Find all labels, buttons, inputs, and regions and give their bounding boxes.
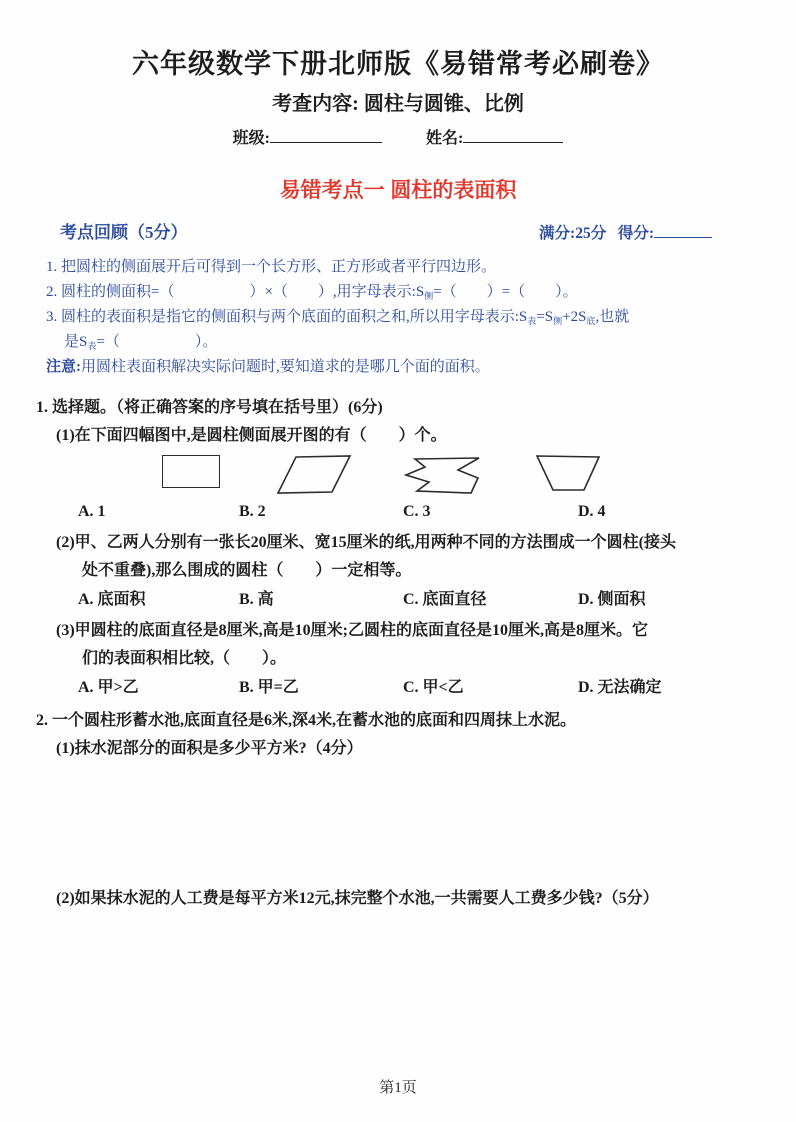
question-1-3-continuation: 们的表面积相比较,（ ）。: [0, 645, 796, 673]
question-1-2-continuation: 处不重叠),那么围成的圆柱（ ）一定相等。: [0, 557, 796, 585]
subscript-ce: 侧: [424, 291, 433, 301]
name-label: 姓名:: [426, 130, 463, 147]
figure-row: [0, 453, 796, 497]
option-b: B. 高: [239, 587, 403, 613]
score-area: 满分:25分 得分:: [539, 221, 712, 243]
class-field: 班级:: [233, 130, 382, 147]
option-c: C. 3: [403, 499, 578, 525]
option-c: C. 甲<乙: [403, 675, 578, 701]
review-item-2-text: 2. 圆柱的侧面积=（ ）×（ ）,用字母表示:S: [46, 284, 424, 300]
page-title: 六年级数学下册北师版《易错常考必刷卷》: [0, 46, 796, 82]
question-1-stem: 1. 选择题。（将正确答案的序号填在括号里）(6分): [0, 394, 796, 422]
review-item-1: 1. 把圆柱的侧面展开后可得到一个长方形、正方形或者平行四边形。: [46, 255, 756, 280]
note-text: 用圆柱表面积解决实际问题时,要知道求的是哪几个面的面积。: [81, 359, 490, 375]
question-1-2-stem: (2)甲、乙两人分别有一张长20厘米、宽15厘米的纸,用两种不同的方法围成一个圆…: [0, 529, 796, 557]
worksheet-page: 六年级数学下册北师版《易错常考必刷卷》 考查内容: 圆柱与圆锥、比例 班级: 姓…: [0, 0, 796, 1122]
student-id-line: 班级: 姓名:: [0, 126, 796, 152]
option-b: B. 2: [239, 499, 403, 525]
option-d: D. 侧面积: [578, 587, 796, 613]
question-1-3-options: A. 甲>乙 B. 甲=乙 C. 甲<乙 D. 无法确定: [0, 675, 796, 701]
review-item-3-text4: ,也就: [595, 309, 629, 325]
trapezoid-figure: [536, 455, 601, 492]
subscript-biao: 表: [527, 316, 536, 326]
review-item-3-continuation: 是S表=（ ）。: [46, 330, 756, 355]
questions-area: 1. 选择题。（将正确答案的序号填在括号里）(6分) (1)在下面四幅图中,是圆…: [0, 394, 796, 913]
class-label: 班级:: [233, 130, 270, 147]
question-2-stem: 2. 一个圆柱形蓄水池,底面直径是6米,深4米,在蓄水池的底面和四周抹上水泥。: [0, 707, 796, 735]
name-blank-line: [463, 128, 563, 143]
name-field: 姓名:: [426, 130, 563, 147]
review-item-2: 2. 圆柱的侧面积=（ ）×（ ）,用字母表示:S侧=（ ）=（ ）。: [46, 280, 756, 305]
review-item-3-text: 3. 圆柱的表面积是指它的侧面积与两个底面的面积之和,所以用字母表示:S: [46, 309, 527, 325]
rectangle-figure: [162, 455, 220, 488]
review-item-3b-text: 是S: [64, 334, 87, 350]
subscript-biao: 表: [87, 341, 96, 351]
parallelogram-figure: [277, 455, 352, 494]
question-2-2-stem: (2)如果抹水泥的人工费是每平方米12元,抹完整个水池,一共需要人工费多少钱?（…: [0, 885, 796, 913]
review-list: 1. 把圆柱的侧面展开后可得到一个长方形、正方形或者平行四边形。 2. 圆柱的侧…: [0, 255, 796, 380]
question-1-2-options: A. 底面积 B. 高 C. 底面直径 D. 侧面积: [0, 587, 796, 613]
review-item-3: 3. 圆柱的表面积是指它的侧面积与两个底面的面积之和,所以用字母表示:S表=S侧…: [46, 305, 756, 330]
score-label: 得分:: [618, 225, 654, 242]
review-item-3b-text2: =（ ）。: [96, 334, 217, 350]
option-d: D. 4: [578, 499, 796, 525]
option-a: A. 1: [78, 499, 239, 525]
question-2-1-stem: (1)抹水泥部分的面积是多少平方米?（4分）: [0, 735, 796, 763]
option-a: A. 底面积: [78, 587, 239, 613]
note-label: 注意:: [46, 359, 81, 375]
option-d: D. 无法确定: [578, 675, 796, 701]
section-heading: 易错考点一 圆柱的表面积: [0, 176, 796, 206]
review-item-3-text2: =S: [536, 309, 553, 325]
subscript-ce: 侧: [553, 316, 562, 326]
answer-workspace-blank: [0, 763, 796, 885]
review-item-3-text3: +2S: [562, 309, 586, 325]
class-blank-line: [270, 128, 382, 143]
review-item-2-text2: =（ ）=（ ）。: [433, 284, 577, 300]
review-header: 考点回顾（5分） 满分:25分 得分:: [0, 218, 796, 243]
exam-scope-subtitle: 考查内容: 圆柱与圆锥、比例: [0, 90, 796, 118]
question-1-3-stem: (3)甲圆柱的底面直径是8厘米,高是10厘米;乙圆柱的底面直径是10厘米,高是8…: [0, 617, 796, 645]
option-a: A. 甲>乙: [78, 675, 239, 701]
full-score-label: 满分:25分: [539, 225, 606, 242]
jagged-banner-figure: [404, 455, 482, 495]
question-1-1-stem: (1)在下面四幅图中,是圆柱侧面展开图的有（ ）个。: [0, 422, 796, 450]
question-1-1-options: A. 1 B. 2 C. 3 D. 4: [0, 499, 796, 525]
review-note: 注意:用圆柱表面积解决实际问题时,要知道求的是哪几个面的面积。: [46, 355, 756, 380]
review-title: 考点回顾（5分）: [60, 218, 188, 243]
option-b: B. 甲=乙: [239, 675, 403, 701]
page-number: 第1页: [0, 1076, 796, 1097]
option-c: C. 底面直径: [403, 587, 578, 613]
score-blank-line: [654, 223, 712, 238]
